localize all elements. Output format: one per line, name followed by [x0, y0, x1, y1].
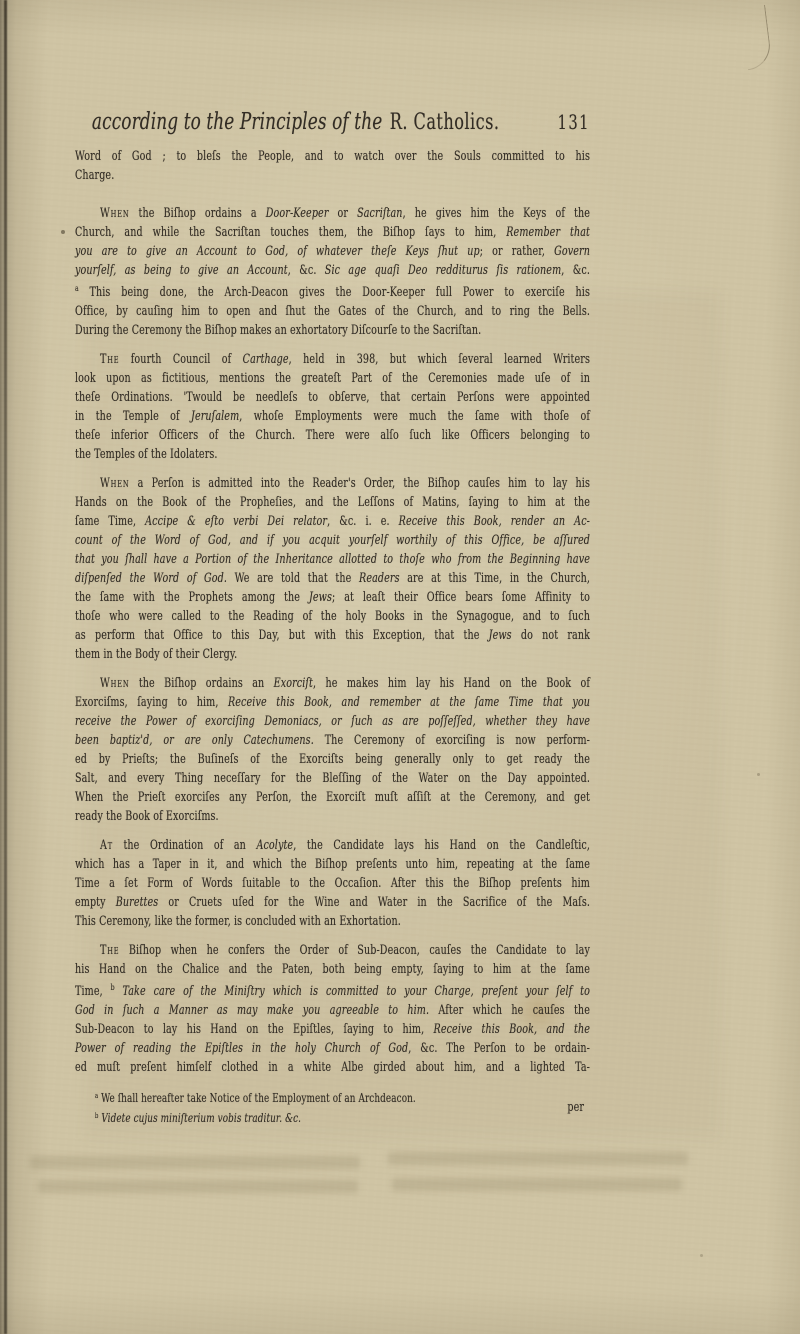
text-run-it: Carthage: [243, 352, 289, 367]
text-run-it: Sic age quaſi Deo redditurus ſis ratione…: [325, 263, 561, 278]
text-run-sc: When: [100, 206, 129, 221]
text-run-rm: the Biſhop ordains a: [129, 206, 265, 221]
bleedthrough-text-ghost: [30, 1156, 360, 1169]
text-line: This Ceremony, like the former, is concl…: [75, 912, 590, 931]
text-run-rm: , &c.: [561, 263, 590, 278]
text-run-it: Accipe & eſto verbi Dei relator: [145, 514, 327, 529]
text-run-it: Videte cujus miniſterium vobis traditur.…: [98, 1111, 301, 1125]
text-run-rm: ; or rather,: [480, 244, 554, 259]
text-run-rm: or: [329, 206, 358, 221]
text-line: you are to give an Account to God, of wh…: [75, 242, 590, 261]
text-run-it: diſpenſed the Word of God.: [75, 571, 227, 586]
text-line: Exorciſms, ſaying to him, Receive this B…: [75, 693, 590, 712]
text-run-it: Sacriſtan: [357, 206, 402, 221]
text-line: Charge.: [75, 166, 590, 185]
text-line: them in the Body of their Clergy.: [75, 645, 590, 664]
page-number: 131: [557, 105, 590, 139]
text-run-rm: fourth Council of: [119, 352, 242, 367]
text-line: theſe inferior Officers of the Church. T…: [75, 426, 590, 445]
text-line: ed muſt preſent himſelf clothed in a whi…: [75, 1058, 590, 1077]
text-run-it: Burettes: [116, 895, 159, 910]
text-run-rm: Biſhop when he confers the Order of Sub-…: [119, 943, 590, 958]
text-run-rm: are at this Time, in the Church,: [400, 571, 590, 586]
bleedthrough-text-ghost: [388, 1152, 688, 1165]
text-line: diſpenſed the Word of God. We are told t…: [75, 569, 590, 588]
text-line: the ſame with the Prophets among the Jew…: [75, 588, 590, 607]
text-run-rm: The Ceremony of exorciſing is now perfor…: [314, 733, 590, 748]
text-line: a We ſhall hereafter take Notice of the …: [95, 1087, 590, 1107]
text-line: During the Ceremony the Biſhop makes an …: [75, 321, 590, 340]
text-run-rm: Office, by cauſing him to open and ſhut …: [75, 304, 590, 319]
text-line: receive the Power of exorciſing Demoniac…: [75, 712, 590, 731]
text-run-rm: in the Temple of: [75, 409, 191, 424]
text-line: that you ſhall have a Portion of the Inh…: [75, 550, 590, 569]
text-line: When a Perſon is admitted into the Reade…: [75, 474, 590, 493]
text-run-rm: the Temples of the Idolaters.: [75, 447, 218, 462]
text-run-rm: This Ceremony, like the former, is concl…: [75, 914, 401, 929]
text-line: his Hand on the Chalice and the Paten, b…: [75, 960, 590, 979]
footnotes: a We ſhall hereafter take Notice of the …: [75, 1087, 590, 1127]
paragraph: When the Biſhop ordains a Door-Keeper or…: [75, 204, 590, 340]
text-run-it: Power of reading the Epiſtles in the hol…: [75, 1041, 408, 1056]
text-run-it: Receive this Book, and remember at the ſ…: [228, 695, 590, 710]
text-line: theſe Ordinations. 'Twould be needleſs t…: [75, 388, 590, 407]
text-line: as perform that Office to this Day, but …: [75, 626, 590, 645]
text-run-rm: , he makes him lay his Hand on the Book …: [313, 676, 590, 691]
text-run-rm: , &c. The Perſon to be ordain-: [408, 1041, 590, 1056]
paper-speck: [700, 1254, 703, 1257]
text-run-rm: , held in 398, but which ſeveral learned…: [289, 352, 590, 367]
text-run-it: Take care of the Miniſtry which is commi…: [115, 984, 590, 999]
text-run-sc: When: [100, 476, 129, 491]
text-run-rm: After which he cauſes the: [429, 1003, 590, 1018]
running-title-italic: according to the Principles of the: [92, 105, 382, 139]
text-line: God in ſuch a Manner as may make you agr…: [75, 1001, 590, 1020]
text-line: b Videte cujus miniſterium vobis traditu…: [95, 1107, 590, 1127]
text-run-rm: thoſe who were called to the Reading of …: [75, 609, 590, 624]
bleedthrough-text-ghost: [38, 1180, 358, 1193]
paragraph: At the Ordination of an Acolyte, the Can…: [75, 836, 590, 931]
text-line: The Biſhop when he confers the Order of …: [75, 941, 590, 960]
text-run-sc: When: [100, 676, 129, 691]
paragraph: The Biſhop when he confers the Order of …: [75, 941, 590, 1077]
text-run-rm: theſe Ordinations. 'Twould be needleſs t…: [75, 390, 590, 405]
text-run-rm: This being done, the Arch-Deacon gives t…: [79, 285, 590, 300]
text-line: The fourth Council of Carthage, held in …: [75, 350, 590, 369]
text-line: look upon as fictitious, mentions the gr…: [75, 369, 590, 388]
text-line: Power of reading the Epiſtles in the hol…: [75, 1039, 590, 1058]
text-line: Sub-Deacon to lay his Hand on the Epiſtl…: [75, 1020, 590, 1039]
text-run-rm: Time a ſet Form of Words ſuitable to the…: [75, 876, 590, 891]
text-run-sc: The: [100, 352, 119, 367]
paper-speck: [61, 230, 65, 234]
text-run-rm: , whoſe Employments were much the ſame w…: [239, 409, 590, 424]
text-run-it: receive the Power of exorciſing Demoniac…: [75, 714, 590, 729]
text-line: the Temples of the Idolaters.: [75, 445, 590, 464]
text-run-sc: At: [100, 838, 113, 853]
text-run-rm: Hands on the Book of the Propheſies, and…: [75, 495, 590, 510]
text-line: count of the Word of God, and if you acq…: [75, 531, 590, 550]
text-run-rm: theſe inferior Officers of the Church. T…: [75, 428, 590, 443]
text-run-it: Jews: [489, 628, 512, 643]
text-run-it: Receive this Book, render an Ac-: [399, 514, 590, 529]
text-run-rm: Exorciſms, ſaying to him,: [75, 695, 228, 710]
text-run-rm: When the Prieſt exorciſes any Perſon, th…: [75, 790, 590, 805]
text-run-it: Remember that: [506, 225, 590, 240]
text-line: been baptiz'd, or are only Catechumens. …: [75, 731, 590, 750]
text-run-rm: a Perſon is admitted into the Reader's O…: [129, 476, 590, 491]
corner-crease-mark: [740, 5, 772, 71]
continuation-paragraph: Word of God ; to bleſs the People, and t…: [75, 147, 590, 185]
text-line: ed by Prieſts; the Buſineſs of the Exorc…: [75, 750, 590, 769]
text-run-it: been baptiz'd, or are only Catechumens.: [75, 733, 314, 748]
text-line: yourſelf, as being to give an Account, &…: [75, 261, 590, 280]
text-line: a This being done, the Arch-Deacon gives…: [75, 280, 590, 302]
text-run-rm: , the Candidate lays his Hand on the Can…: [293, 838, 590, 853]
text-run-rm: which has a Taper in it, and which the B…: [75, 857, 590, 872]
text-line: When the Prieſt exorciſes any Perſon, th…: [75, 788, 590, 807]
running-header: according to the Principles of the R. Ca…: [75, 105, 590, 140]
text-run-rm: ; at leaſt their Office bears ſome Affin…: [332, 590, 590, 605]
text-line: Salt, and every Thing neceſſary for the …: [75, 769, 590, 788]
text-line: When the Biſhop ordains a Door-Keeper or…: [75, 204, 590, 223]
text-line: At the Ordination of an Acolyte, the Can…: [75, 836, 590, 855]
running-title-roman: R. Catholics.: [390, 106, 500, 140]
text-run-rm: do not rank: [512, 628, 590, 643]
bleedthrough-text-ghost: [392, 1178, 682, 1191]
text-run-it: that you ſhall have a Portion of the Inh…: [75, 552, 590, 567]
text-run-rm: them in the Body of their Clergy.: [75, 647, 237, 662]
paragraph: When the Biſhop ordains an Exorciſt, he …: [75, 674, 590, 826]
book-page-scan: according to the Principles of the R. Ca…: [0, 0, 800, 1334]
text-run-rm: ready the Book of Exorciſms.: [75, 809, 219, 824]
text-run-rm: , &c.: [288, 263, 325, 278]
text-run-rm: empty: [75, 895, 116, 910]
text-run-it: Door-Keeper: [266, 206, 329, 221]
text-line: Time a ſet Form of Words ſuitable to the…: [75, 874, 590, 893]
text-run-rm: , &c. i. e.: [327, 514, 399, 529]
text-line: which has a Taper in it, and which the B…: [75, 855, 590, 874]
text-run-rm: , he gives him the Keys of the: [403, 206, 590, 221]
text-run-rm: During the Ceremony the Biſhop makes an …: [75, 323, 481, 338]
text-run-rm: or Cruets uſed for the Wine and Water in…: [158, 895, 590, 910]
text-run-rm: Salt, and every Thing neceſſary for the …: [75, 771, 590, 786]
text-run-it: Acolyte: [256, 838, 293, 853]
text-line: Time, b Take care of the Miniſtry which …: [75, 979, 590, 1001]
text-run-rm: ſame Time,: [75, 514, 145, 529]
text-line: ſame Time, Accipe & eſto verbi Dei relat…: [75, 512, 590, 531]
text-run-rm: Charge.: [75, 168, 114, 183]
text-line: When the Biſhop ordains an Exorciſt, he …: [75, 674, 590, 693]
text-run-it: Receive this Book, and the: [434, 1022, 590, 1037]
text-run-rm: We ſhall hereafter take Notice of the Em…: [98, 1091, 416, 1105]
text-run-sc: The: [100, 943, 119, 958]
text-run-rm: We are told that the: [227, 571, 359, 586]
text-block: according to the Principles of the R. Ca…: [75, 105, 590, 1127]
text-run-it: yourſelf, as being to give an Account: [75, 263, 288, 278]
text-run-it: Jeruſalem: [191, 409, 239, 424]
paragraph: When a Perſon is admitted into the Reade…: [75, 474, 590, 664]
text-line: Church, and while the Sacriſtan touches …: [75, 223, 590, 242]
text-run-it: Exorciſt: [274, 676, 313, 691]
paragraph: The fourth Council of Carthage, held in …: [75, 350, 590, 464]
text-run-it: God in ſuch a Manner as may make you agr…: [75, 1003, 429, 1018]
text-line: Office, by cauſing him to open and ſhut …: [75, 302, 590, 321]
binding-edge-shadow: [4, 0, 7, 1334]
text-run-rm: his Hand on the Chalice and the Paten, b…: [75, 962, 590, 977]
text-run-it: you are to give an Account to God, of wh…: [75, 244, 480, 259]
text-line: empty Burettes or Cruets uſed for the Wi…: [75, 893, 590, 912]
paper-speck: [757, 773, 760, 776]
text-run-rm: look upon as fictitious, mentions the gr…: [75, 371, 590, 386]
text-run-rm: Sub-Deacon to lay his Hand on the Epiſtl…: [75, 1022, 434, 1037]
text-line: ready the Book of Exorciſms.: [75, 807, 590, 826]
text-run-rm: Church, and while the Sacriſtan touches …: [75, 225, 506, 240]
text-run-rm: ed muſt preſent himſelf clothed in a whi…: [75, 1060, 590, 1075]
text-run-it: count of the Word of God, and if you acq…: [75, 533, 590, 548]
text-line: in the Temple of Jeruſalem, whoſe Employ…: [75, 407, 590, 426]
text-run-rm: Word of God ; to bleſs the People, and t…: [75, 149, 590, 164]
catchword: per: [567, 1100, 584, 1115]
text-line: thoſe who were called to the Reading of …: [75, 607, 590, 626]
text-run-rm: Time,: [75, 984, 111, 999]
text-run-rm: as perform that Office to this Day, but …: [75, 628, 489, 643]
text-run-it: Readers: [359, 571, 400, 586]
text-run-rm: the Ordination of an: [113, 838, 256, 853]
text-line: Word of God ; to bleſs the People, and t…: [75, 147, 590, 166]
text-run-rm: the Biſhop ordains an: [129, 676, 273, 691]
text-line: Hands on the Book of the Propheſies, and…: [75, 493, 590, 512]
text-run-rm: ed by Prieſts; the Buſineſs of the Exorc…: [75, 752, 590, 767]
text-run-it: Jews: [309, 590, 332, 605]
body-paragraphs: When the Biſhop ordains a Door-Keeper or…: [75, 204, 590, 1077]
text-run-it: Govern: [554, 244, 590, 259]
text-run-rm: the ſame with the Prophets among the: [75, 590, 309, 605]
